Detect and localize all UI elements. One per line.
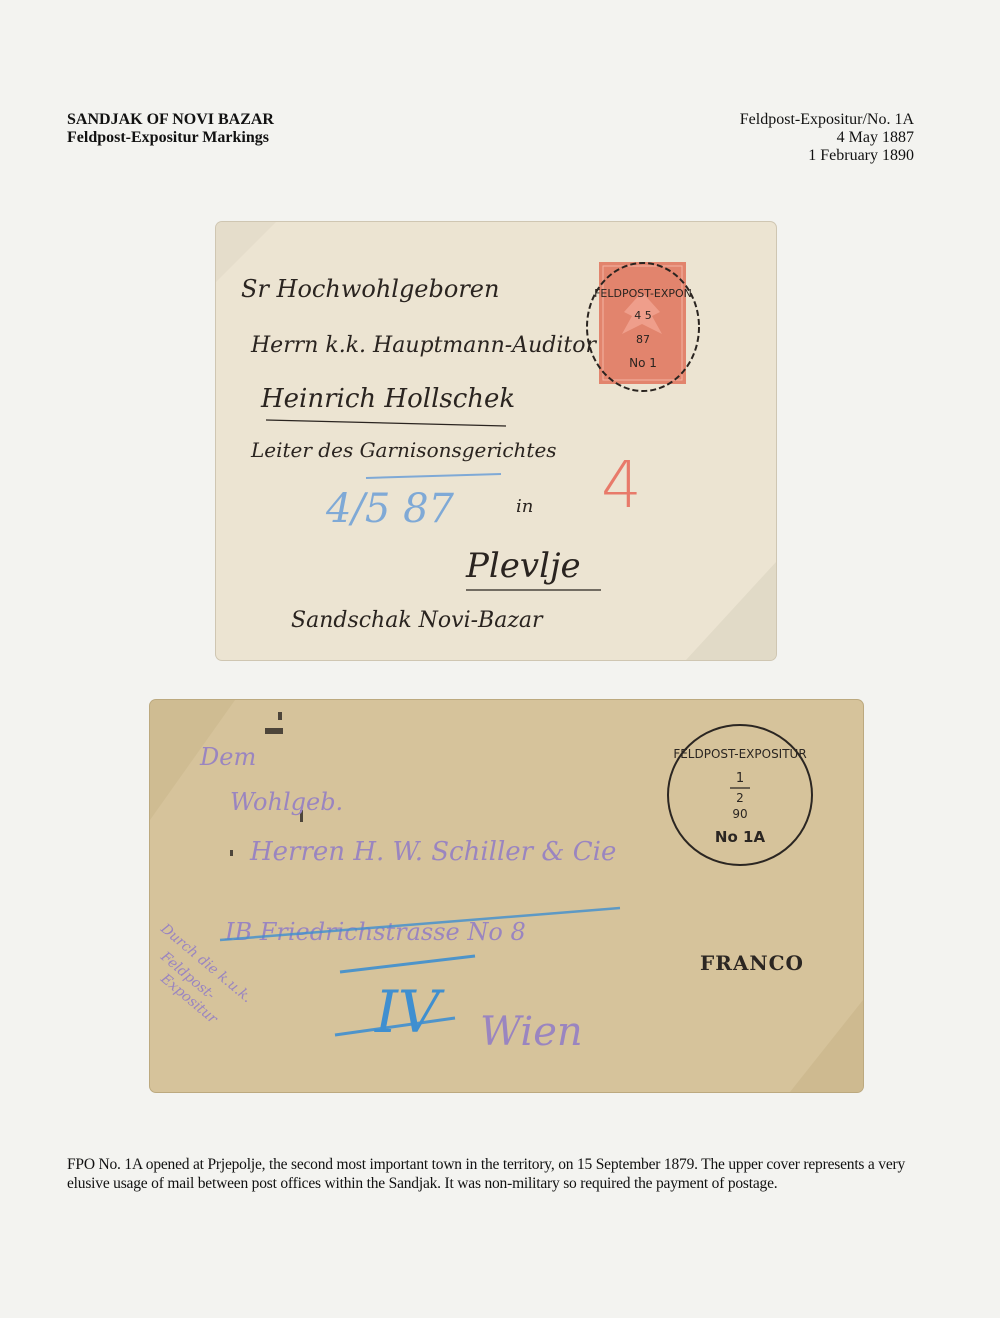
svg-text:Leiter des Garnisonsgerichtes: Leiter des Garnisonsgerichtes: [250, 438, 557, 462]
svg-text:IV: IV: [374, 978, 445, 1046]
svg-text:Herrn k.k. Hauptmann-Auditor: Herrn k.k. Hauptmann-Auditor: [250, 333, 597, 358]
svg-text:FELDPOST-EXPON: FELDPOST-EXPON: [594, 287, 692, 300]
fpo-label: Feldpost-Expositur/No. 1A: [740, 111, 914, 129]
svg-text:No 1A: No 1A: [715, 828, 766, 846]
svg-text:Herren H. W. Schiller & Cie: Herren H. W. Schiller & Cie: [249, 837, 616, 867]
page-header-right: Feldpost-Expositur/No. 1A 4 May 1887 1 F…: [740, 111, 914, 165]
svg-text:in: in: [516, 496, 533, 517]
svg-text:Sandschak Novi-Bazar: Sandschak Novi-Bazar: [291, 608, 544, 633]
svg-text:Wohlgeb.: Wohlgeb.: [230, 788, 343, 816]
svg-text:4: 4: [601, 449, 642, 523]
svg-text:Dem: Dem: [199, 743, 256, 771]
page-title: SANDJAK OF NOVI BAZAR: [67, 111, 274, 129]
svg-text:1: 1: [736, 771, 744, 786]
svg-text:FRANCO: FRANCO: [700, 951, 804, 975]
svg-text:Plevlje: Plevlje: [465, 546, 581, 586]
svg-text:90: 90: [732, 807, 747, 821]
page-header-left: SANDJAK OF NOVI BAZAR Feldpost-Expositur…: [67, 111, 274, 147]
upper-cover-image: FELDPOST-EXPON 4 5 87 No 1 Sr Hochwohlge…: [216, 222, 776, 660]
description-caption: FPO No. 1A opened at Prjepolje, the seco…: [67, 1155, 937, 1193]
page-subtitle: Feldpost-Expositur Markings: [67, 129, 274, 147]
svg-text:4/5 87: 4/5 87: [325, 486, 455, 532]
svg-text:87: 87: [636, 333, 650, 346]
svg-text:FELDPOST-EXPOSITUR: FELDPOST-EXPOSITUR: [673, 747, 806, 761]
svg-text:2: 2: [736, 791, 744, 805]
svg-text:Sr Hochwohlgeboren: Sr Hochwohlgeboren: [241, 275, 499, 303]
svg-text:No 1: No 1: [629, 356, 657, 370]
svg-text:Heinrich Hollschek: Heinrich Hollschek: [260, 384, 515, 414]
svg-text:Wien: Wien: [480, 1009, 583, 1055]
svg-text:IB Friedrichstrasse No 8: IB Friedrichstrasse No 8: [224, 918, 526, 946]
svg-text:4 5: 4 5: [634, 309, 652, 322]
date-2: 1 February 1890: [740, 147, 914, 165]
lower-cover-image: FELDPOST-EXPOSITUR 1 2 90 No 1A Dem Wohl…: [150, 700, 863, 1092]
postmark-lower: FELDPOST-EXPOSITUR 1 2 90 No 1A: [668, 725, 812, 865]
date-1: 4 May 1887: [740, 129, 914, 147]
